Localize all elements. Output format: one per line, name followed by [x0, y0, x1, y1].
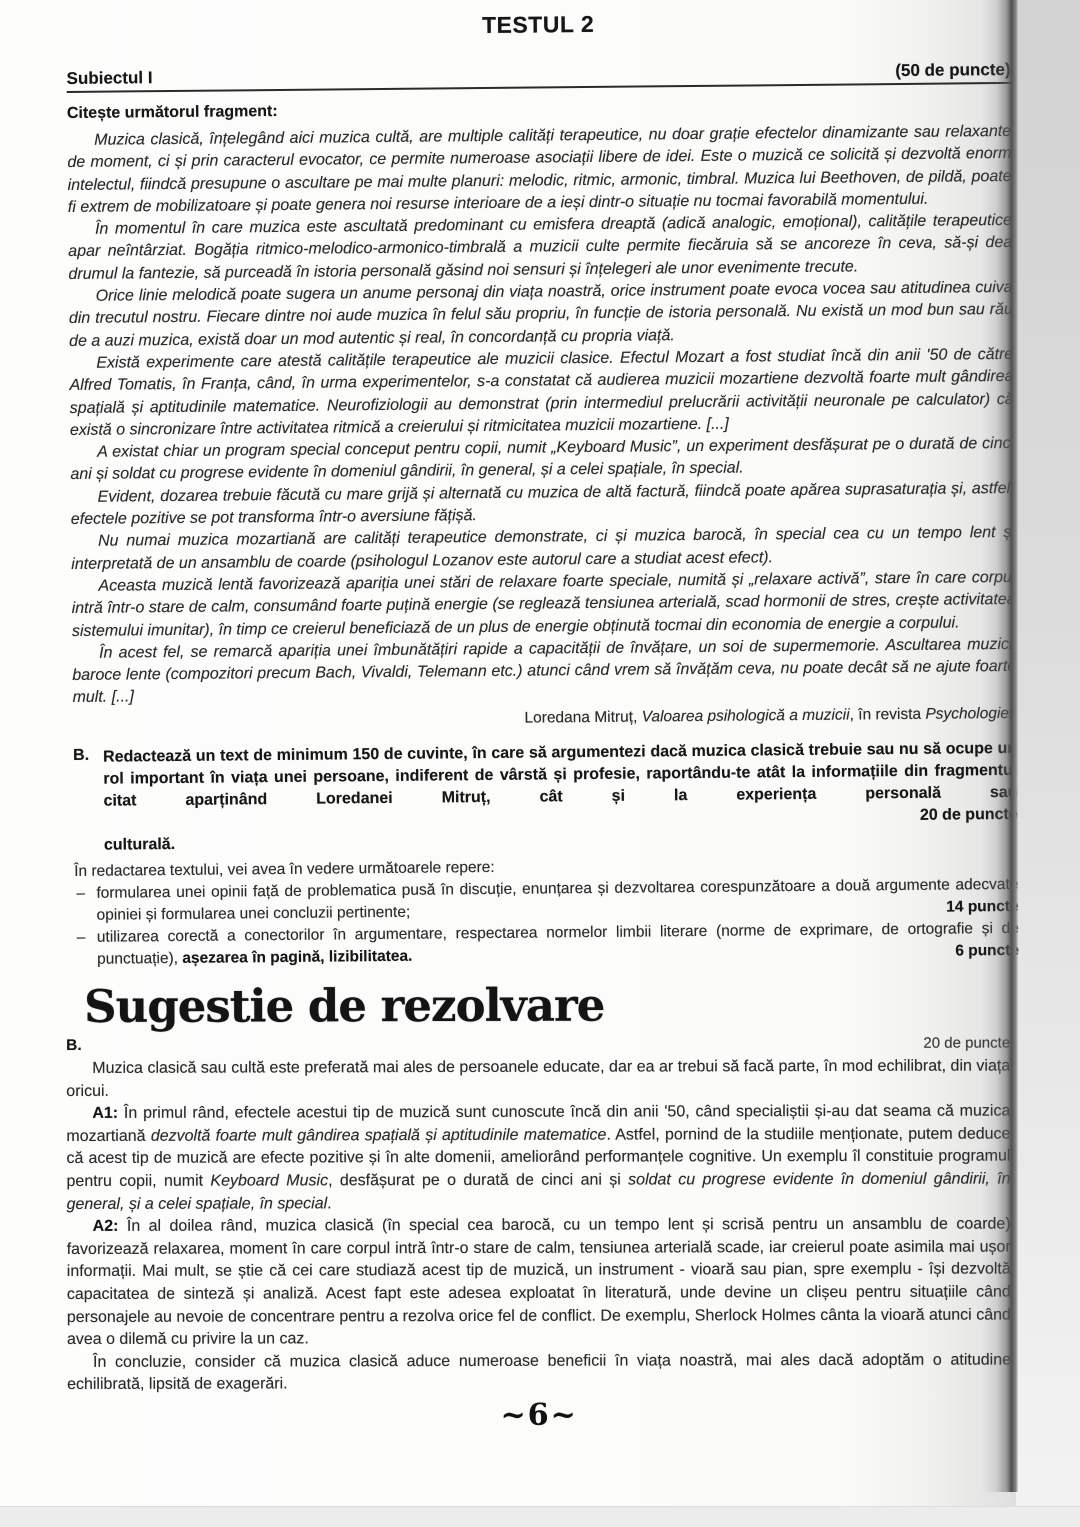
solution-b-row: B. 20 de puncte — [66, 1034, 1010, 1054]
requirement-points: 14 puncte — [946, 896, 1019, 919]
scan-outer-margin — [1016, 0, 1080, 1527]
fragment-paragraph: În acest fel, se remarcă apariția unei î… — [72, 634, 1017, 710]
page-content: TESTUL 2 Subiectul I (50 de puncte) Cite… — [66, 16, 1010, 1434]
dash-bullet: – — [76, 883, 85, 905]
scanned-page: { "colors": { "ink": "#2b2b2b", "page": … — [0, 0, 1080, 1527]
quoted-fragment: Muzica clasică, înțelegând aici muzica c… — [67, 121, 1017, 710]
points-total: (50 de puncte) — [895, 60, 1010, 81]
fragment-paragraph: În momentul în care muzica este ascultat… — [68, 210, 1013, 286]
task-b: B. Redactează un text de minimum 150 de … — [73, 738, 1018, 857]
solution-points: 20 de puncte — [923, 1034, 1010, 1051]
dash-bullet: – — [77, 927, 86, 949]
solution-paragraph: Muzica clasică sau cultă este preferată … — [66, 1055, 1010, 1103]
requirement-text-bold: așezarea în pagină, lizibilitatea. — [182, 947, 412, 966]
attribution-connector: , în revista — [850, 706, 926, 724]
task-b-label: B. — [73, 747, 89, 765]
read-instruction: Citește următorul fragment: — [67, 96, 1011, 123]
requirement-points: 6 puncte — [955, 940, 1019, 963]
solution-heading: Sugestie de rezolvare — [84, 980, 1010, 1030]
requirement-item: – utilizarea corectă a conectorilor în a… — [75, 918, 1019, 971]
attribution-magazine: Psychologies — [925, 705, 1016, 723]
fragment-paragraph: Aceasta muzică lentă favorizează apariți… — [71, 567, 1016, 643]
subject-header-row: Subiectul I (50 de puncte) — [67, 60, 1011, 93]
requirement-text: formularea unei opinii față de problemat… — [96, 876, 1018, 924]
fragment-paragraph: Muzica clasică, înțelegând aici muzica c… — [67, 121, 1012, 219]
solution-b-label: B. — [66, 1037, 82, 1055]
solution-paragraph: În concluzie, consider că muzica clasică… — [67, 1349, 1011, 1397]
fragment-paragraph: Există experimente care atestă calitățil… — [69, 344, 1014, 442]
task-b-text: Redactează un text de minimum 150 de cuv… — [73, 738, 1018, 813]
solution-block: Sugestie de rezolvare B. 20 de puncte Mu… — [66, 980, 1011, 1433]
attribution-work-title: Valoarea psihologică a muzicii — [642, 706, 850, 725]
page-number: ~6~ — [67, 1396, 1011, 1433]
fragment-paragraph: Orice linie melodică poate sugera un anu… — [69, 277, 1014, 353]
attribution-author: Loredana Mitruț, — [524, 708, 641, 726]
solution-paragraph: A1: În primul rând, efectele acestui tip… — [66, 1100, 1010, 1215]
upper-block: TESTUL 2 Subiectul I (50 de puncte) Cite… — [66, 7, 1019, 971]
solution-paragraph: A2: În al doilea rând, muzica clasică (î… — [67, 1213, 1011, 1351]
solution-text: Muzica clasică sau cultă este preferată … — [66, 1055, 1011, 1396]
subject-label: Subiectul I — [67, 68, 153, 89]
page-bottom-edge — [0, 1506, 1080, 1527]
